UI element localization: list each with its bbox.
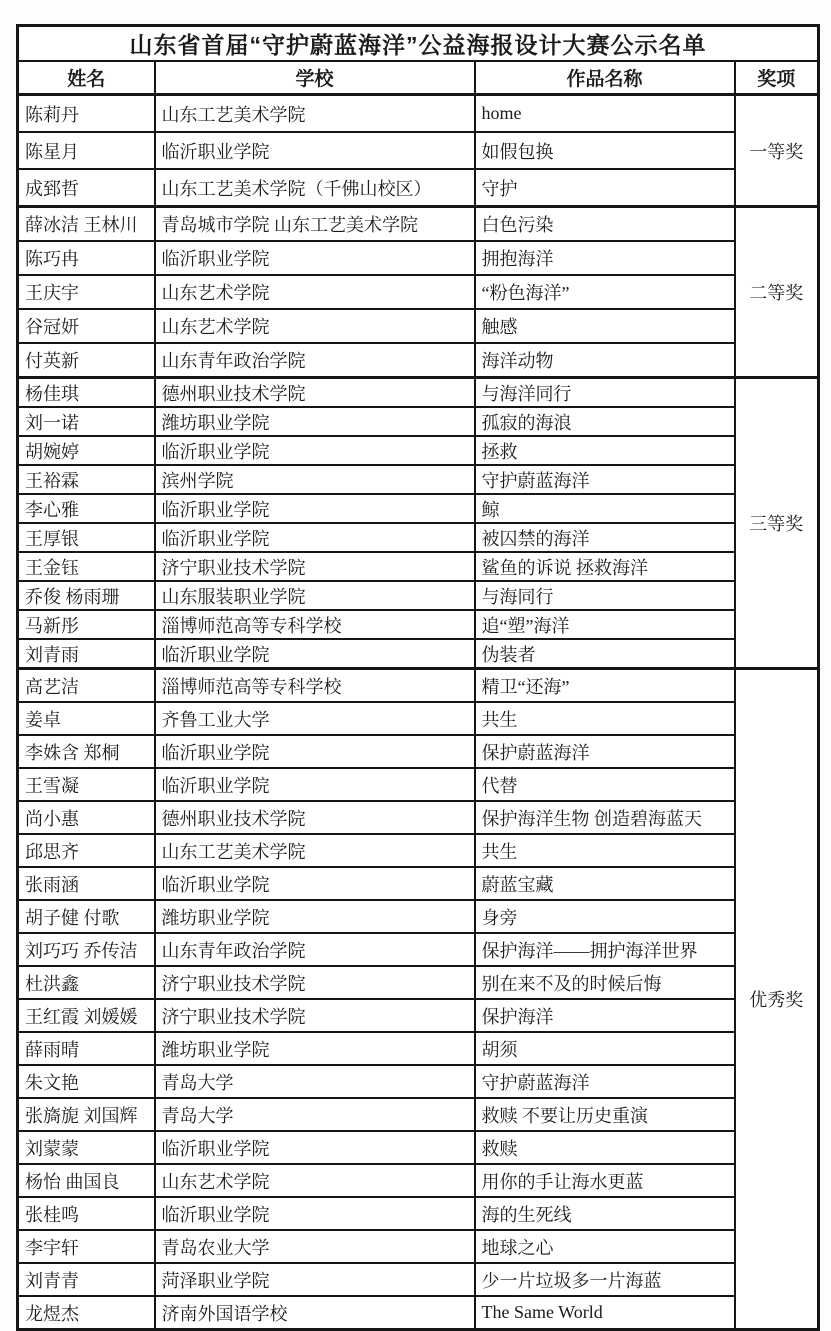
table-row: 张雨涵临沂职业学院蔚蓝宝藏: [18, 867, 819, 900]
name-cell: 成郅哲: [18, 169, 155, 207]
school-cell: 山东艺术学院: [155, 275, 475, 309]
award-cell: 一等奖: [735, 95, 819, 207]
award-cell: 三等奖: [735, 378, 819, 669]
school-cell: 青岛农业大学: [155, 1230, 475, 1263]
name-cell: 龙煜杰: [18, 1296, 155, 1330]
work-cell: 被囚禁的海洋: [475, 523, 735, 552]
table-row: 杜洪鑫济宁职业技术学院别在来不及的时候后悔: [18, 966, 819, 999]
work-cell: 守护: [475, 169, 735, 207]
name-cell: 王金钰: [18, 552, 155, 581]
name-cell: 朱文艳: [18, 1065, 155, 1098]
table-row: 王厚银临沂职业学院被囚禁的海洋: [18, 523, 819, 552]
school-cell: 山东青年政治学院: [155, 933, 475, 966]
name-cell: 乔俊 杨雨珊: [18, 581, 155, 610]
table-row: 薛冰洁 王林川青岛城市学院 山东工艺美术学院白色污染二等奖: [18, 207, 819, 242]
name-cell: 王厚银: [18, 523, 155, 552]
name-cell: 邱思齐: [18, 834, 155, 867]
column-header-name: 姓名: [18, 61, 155, 95]
table-row: 李心雅临沂职业学院鲸: [18, 494, 819, 523]
work-cell: 守护蔚蓝海洋: [475, 1065, 735, 1098]
table-row: 薛雨晴潍坊职业学院胡须: [18, 1032, 819, 1065]
winners-table-body: 陈莉丹山东工艺美术学院home一等奖陈星月临沂职业学院如假包换成郅哲山东工艺美术…: [18, 95, 819, 1330]
table-row: 马新彤淄博师范高等专科学校追“塑”海洋: [18, 610, 819, 639]
results-table: 山东省首届“守护蔚蓝海洋”公益海报设计大赛公示名单 姓名 学校 作品名称 奖项 …: [16, 24, 820, 1331]
name-cell: 陈莉丹: [18, 95, 155, 133]
table-row: 高艺洁淄博师范高等专科学校精卫“还海”优秀奖: [18, 669, 819, 703]
table-row: 王雪凝临沂职业学院代替: [18, 768, 819, 801]
table-row: 李姝含 郑桐临沂职业学院保护蔚蓝海洋: [18, 735, 819, 768]
table-row: 刘巧巧 乔传洁山东青年政治学院保护海洋——拥护海洋世界: [18, 933, 819, 966]
school-cell: 山东青年政治学院: [155, 343, 475, 378]
school-cell: 德州职业技术学院: [155, 378, 475, 408]
work-cell: 海洋动物: [475, 343, 735, 378]
work-cell: 蔚蓝宝藏: [475, 867, 735, 900]
name-cell: 马新彤: [18, 610, 155, 639]
school-cell: 临沂职业学院: [155, 867, 475, 900]
work-cell: 地球之心: [475, 1230, 735, 1263]
work-cell: 守护蔚蓝海洋: [475, 465, 735, 494]
name-cell: 高艺洁: [18, 669, 155, 703]
table-row: 陈星月临沂职业学院如假包换: [18, 132, 819, 169]
work-cell: 追“塑”海洋: [475, 610, 735, 639]
name-cell: 胡婉婷: [18, 436, 155, 465]
work-cell: 共生: [475, 834, 735, 867]
table-row: 付英新山东青年政治学院海洋动物: [18, 343, 819, 378]
work-cell: 保护海洋: [475, 999, 735, 1032]
work-cell: 鲨鱼的诉说 拯救海洋: [475, 552, 735, 581]
work-cell: 海的生死线: [475, 1197, 735, 1230]
table-row: 李宇轩青岛农业大学地球之心: [18, 1230, 819, 1263]
name-cell: 杜洪鑫: [18, 966, 155, 999]
name-cell: 张桂鸣: [18, 1197, 155, 1230]
table-row: 朱文艳青岛大学守护蔚蓝海洋: [18, 1065, 819, 1098]
table-row: 张桂鸣临沂职业学院海的生死线: [18, 1197, 819, 1230]
school-cell: 济宁职业技术学院: [155, 999, 475, 1032]
work-cell: 白色污染: [475, 207, 735, 242]
school-cell: 齐鲁工业大学: [155, 702, 475, 735]
name-cell: 胡子健 付歌: [18, 900, 155, 933]
table-row: 王庆宇山东艺术学院“粉色海洋”: [18, 275, 819, 309]
work-cell: home: [475, 95, 735, 133]
table-row: 刘青青菏泽职业学院少一片垃圾多一片海蓝: [18, 1263, 819, 1296]
award-cell: 优秀奖: [735, 669, 819, 1330]
school-cell: 山东艺术学院: [155, 309, 475, 343]
table-row: 乔俊 杨雨珊山东服装职业学院与海同行: [18, 581, 819, 610]
work-cell: 与海同行: [475, 581, 735, 610]
column-header-school: 学校: [155, 61, 475, 95]
name-cell: 王红霞 刘媛媛: [18, 999, 155, 1032]
table-row: 王金钰济宁职业技术学院鲨鱼的诉说 拯救海洋: [18, 552, 819, 581]
table-row: 王裕霖滨州学院守护蔚蓝海洋: [18, 465, 819, 494]
work-cell: 保护海洋——拥护海洋世界: [475, 933, 735, 966]
table-row: 刘蒙蒙临沂职业学院救赎: [18, 1131, 819, 1164]
table-row: 陈莉丹山东工艺美术学院home一等奖: [18, 95, 819, 133]
table-row: 刘一诺潍坊职业学院孤寂的海浪: [18, 407, 819, 436]
name-cell: 王裕霖: [18, 465, 155, 494]
school-cell: 临沂职业学院: [155, 1131, 475, 1164]
work-cell: 胡须: [475, 1032, 735, 1065]
name-cell: 薛雨晴: [18, 1032, 155, 1065]
school-cell: 山东艺术学院: [155, 1164, 475, 1197]
school-cell: 青岛城市学院 山东工艺美术学院: [155, 207, 475, 242]
name-cell: 薛冰洁 王林川: [18, 207, 155, 242]
school-cell: 山东工艺美术学院: [155, 95, 475, 133]
school-cell: 济宁职业技术学院: [155, 552, 475, 581]
table-row: 谷冠妍山东艺术学院触感: [18, 309, 819, 343]
school-cell: 山东服装职业学院: [155, 581, 475, 610]
name-cell: 王庆宇: [18, 275, 155, 309]
school-cell: 济宁职业技术学院: [155, 966, 475, 999]
header-row: 姓名 学校 作品名称 奖项: [18, 61, 819, 95]
table-row: 陈巧冉临沂职业学院拥抱海洋: [18, 241, 819, 275]
school-cell: 临沂职业学院: [155, 1197, 475, 1230]
table-row: 张旖旎 刘国辉青岛大学救赎 不要让历史重演: [18, 1098, 819, 1131]
table-row: 胡子健 付歌潍坊职业学院身旁: [18, 900, 819, 933]
school-cell: 山东工艺美术学院: [155, 834, 475, 867]
table-row: 邱思齐山东工艺美术学院共生: [18, 834, 819, 867]
name-cell: 李宇轩: [18, 1230, 155, 1263]
table-row: 杨怡 曲国良山东艺术学院用你的手让海水更蓝: [18, 1164, 819, 1197]
name-cell: 杨怡 曲国良: [18, 1164, 155, 1197]
name-cell: 王雪凝: [18, 768, 155, 801]
school-cell: 潍坊职业学院: [155, 900, 475, 933]
column-header-award: 奖项: [735, 61, 819, 95]
school-cell: 临沂职业学院: [155, 523, 475, 552]
work-cell: 拯救: [475, 436, 735, 465]
school-cell: 潍坊职业学院: [155, 1032, 475, 1065]
name-cell: 张雨涵: [18, 867, 155, 900]
table-row: 成郅哲山东工艺美术学院（千佛山校区）守护: [18, 169, 819, 207]
school-cell: 临沂职业学院: [155, 436, 475, 465]
name-cell: 尚小惠: [18, 801, 155, 834]
work-cell: 用你的手让海水更蓝: [475, 1164, 735, 1197]
school-cell: 济南外国语学校: [155, 1296, 475, 1330]
work-cell: 如假包换: [475, 132, 735, 169]
school-cell: 德州职业技术学院: [155, 801, 475, 834]
work-cell: 拥抱海洋: [475, 241, 735, 275]
name-cell: 陈星月: [18, 132, 155, 169]
work-cell: 保护海洋生物 创造碧海蓝天: [475, 801, 735, 834]
school-cell: 临沂职业学院: [155, 241, 475, 275]
title-row: 山东省首届“守护蔚蓝海洋”公益海报设计大赛公示名单: [18, 26, 819, 62]
work-cell: The Same World: [475, 1296, 735, 1330]
name-cell: 刘巧巧 乔传洁: [18, 933, 155, 966]
work-cell: 孤寂的海浪: [475, 407, 735, 436]
school-cell: 菏泽职业学院: [155, 1263, 475, 1296]
school-cell: 滨州学院: [155, 465, 475, 494]
work-cell: 保护蔚蓝海洋: [475, 735, 735, 768]
table-row: 王红霞 刘媛媛济宁职业技术学院保护海洋: [18, 999, 819, 1032]
name-cell: 付英新: [18, 343, 155, 378]
school-cell: 临沂职业学院: [155, 132, 475, 169]
name-cell: 刘一诺: [18, 407, 155, 436]
school-cell: 淄博师范高等专科学校: [155, 669, 475, 703]
school-cell: 青岛大学: [155, 1065, 475, 1098]
name-cell: 李心雅: [18, 494, 155, 523]
award-cell: 二等奖: [735, 207, 819, 378]
work-cell: “粉色海洋”: [475, 275, 735, 309]
name-cell: 刘青青: [18, 1263, 155, 1296]
table-row: 刘青雨临沂职业学院伪装者: [18, 639, 819, 669]
table-row: 胡婉婷临沂职业学院拯救: [18, 436, 819, 465]
school-cell: 淄博师范高等专科学校: [155, 610, 475, 639]
school-cell: 潍坊职业学院: [155, 407, 475, 436]
work-cell: 救赎: [475, 1131, 735, 1164]
work-cell: 与海洋同行: [475, 378, 735, 408]
work-cell: 少一片垃圾多一片海蓝: [475, 1263, 735, 1296]
work-cell: 精卫“还海”: [475, 669, 735, 703]
work-cell: 代替: [475, 768, 735, 801]
page-title: 山东省首届“守护蔚蓝海洋”公益海报设计大赛公示名单: [18, 26, 819, 62]
work-cell: 别在来不及的时候后悔: [475, 966, 735, 999]
column-header-work: 作品名称: [475, 61, 735, 95]
table-row: 姜卓齐鲁工业大学共生: [18, 702, 819, 735]
school-cell: 山东工艺美术学院（千佛山校区）: [155, 169, 475, 207]
work-cell: 鲸: [475, 494, 735, 523]
school-cell: 临沂职业学院: [155, 494, 475, 523]
work-cell: 身旁: [475, 900, 735, 933]
name-cell: 张旖旎 刘国辉: [18, 1098, 155, 1131]
name-cell: 刘蒙蒙: [18, 1131, 155, 1164]
school-cell: 临沂职业学院: [155, 639, 475, 669]
name-cell: 姜卓: [18, 702, 155, 735]
school-cell: 临沂职业学院: [155, 768, 475, 801]
table-row: 尚小惠德州职业技术学院保护海洋生物 创造碧海蓝天: [18, 801, 819, 834]
work-cell: 伪装者: [475, 639, 735, 669]
name-cell: 杨佳琪: [18, 378, 155, 408]
name-cell: 刘青雨: [18, 639, 155, 669]
work-cell: 救赎 不要让历史重演: [475, 1098, 735, 1131]
name-cell: 谷冠妍: [18, 309, 155, 343]
name-cell: 李姝含 郑桐: [18, 735, 155, 768]
school-cell: 青岛大学: [155, 1098, 475, 1131]
work-cell: 共生: [475, 702, 735, 735]
school-cell: 临沂职业学院: [155, 735, 475, 768]
name-cell: 陈巧冉: [18, 241, 155, 275]
table-row: 杨佳琪德州职业技术学院与海洋同行三等奖: [18, 378, 819, 408]
work-cell: 触感: [475, 309, 735, 343]
table-row: 龙煜杰济南外国语学校The Same World: [18, 1296, 819, 1330]
